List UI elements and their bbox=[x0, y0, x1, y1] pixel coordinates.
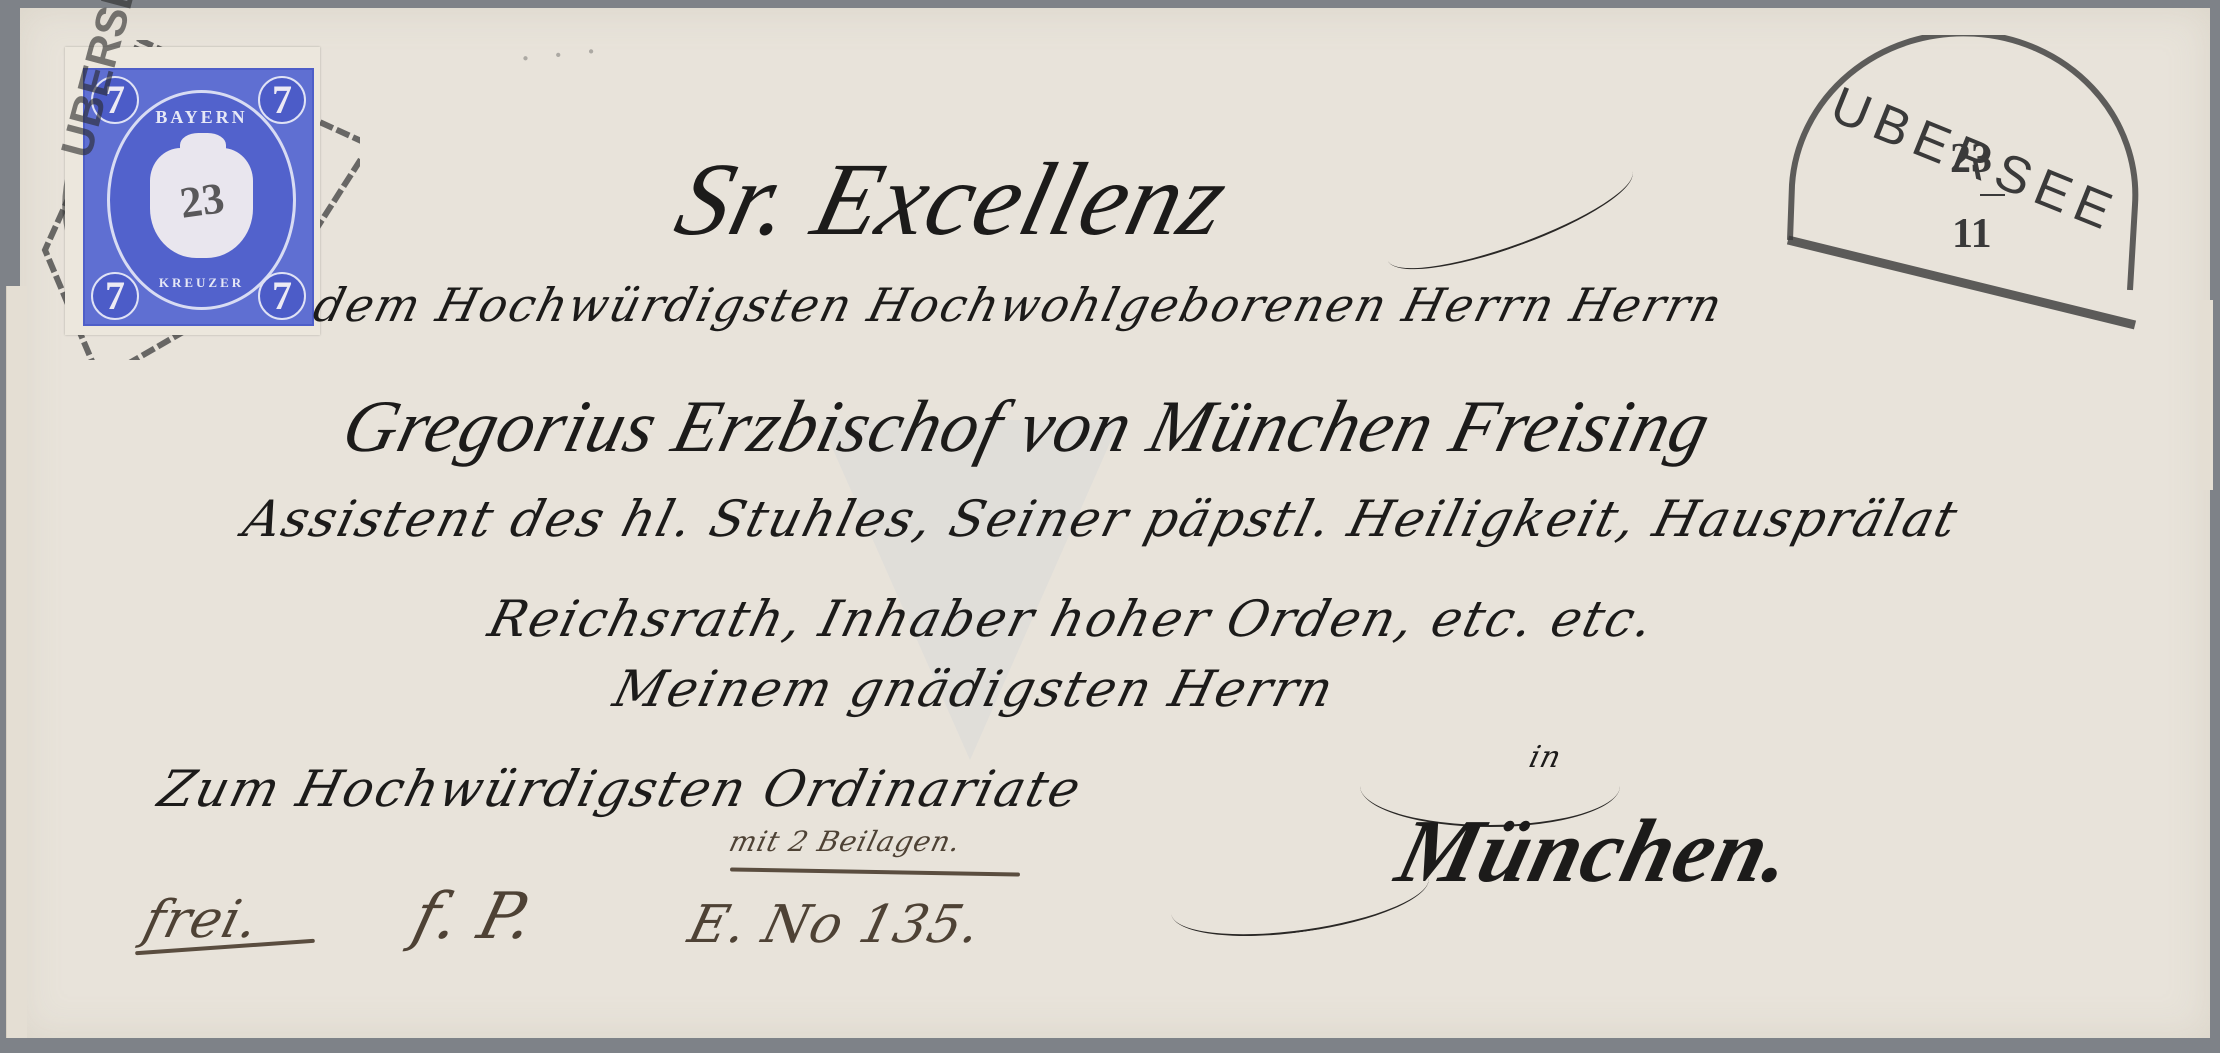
stamp-value-br: 7 bbox=[258, 272, 306, 320]
fp-note: f. P. bbox=[406, 880, 542, 954]
addressee-name: Gregorius Erzbischof von München Freisin… bbox=[334, 385, 1718, 470]
attachments-note: mit 2 Beilagen. bbox=[726, 825, 965, 858]
postmark-day: 23 bbox=[1950, 135, 1992, 183]
destination-city: München. bbox=[1387, 800, 1803, 903]
frei-note: frei. bbox=[138, 890, 266, 950]
stamp-value-bl: 7 bbox=[91, 272, 139, 320]
cancel-number: 23 bbox=[177, 172, 228, 229]
inner-sheet-edge bbox=[6, 286, 27, 1038]
postmark-month: 11 bbox=[1952, 210, 1992, 258]
address-line-2: dem Hochwürdigsten Hochwohlgeborenen Her… bbox=[308, 278, 1729, 332]
registration-number: E. No 135. bbox=[683, 895, 988, 955]
salutation: Sr. Excellenz bbox=[665, 140, 1239, 259]
stamp-value-tr: 7 bbox=[258, 76, 306, 124]
address-line-5: Reichsrath, Inhaber hoher Orden, etc. et… bbox=[483, 590, 1661, 648]
envelope-flap-edge bbox=[2200, 300, 2213, 490]
address-line-6: Meinem gnädigsten Herrn bbox=[608, 660, 1341, 718]
stamp-print-area: BAYERN KREUZER 7 7 7 7 23 bbox=[83, 68, 314, 326]
address-line-7: Zum Hochwürdigsten Ordinariate bbox=[153, 760, 1088, 818]
address-line-4: Assistent des hl. Stuhles, Seiner päpstl… bbox=[238, 490, 1965, 548]
